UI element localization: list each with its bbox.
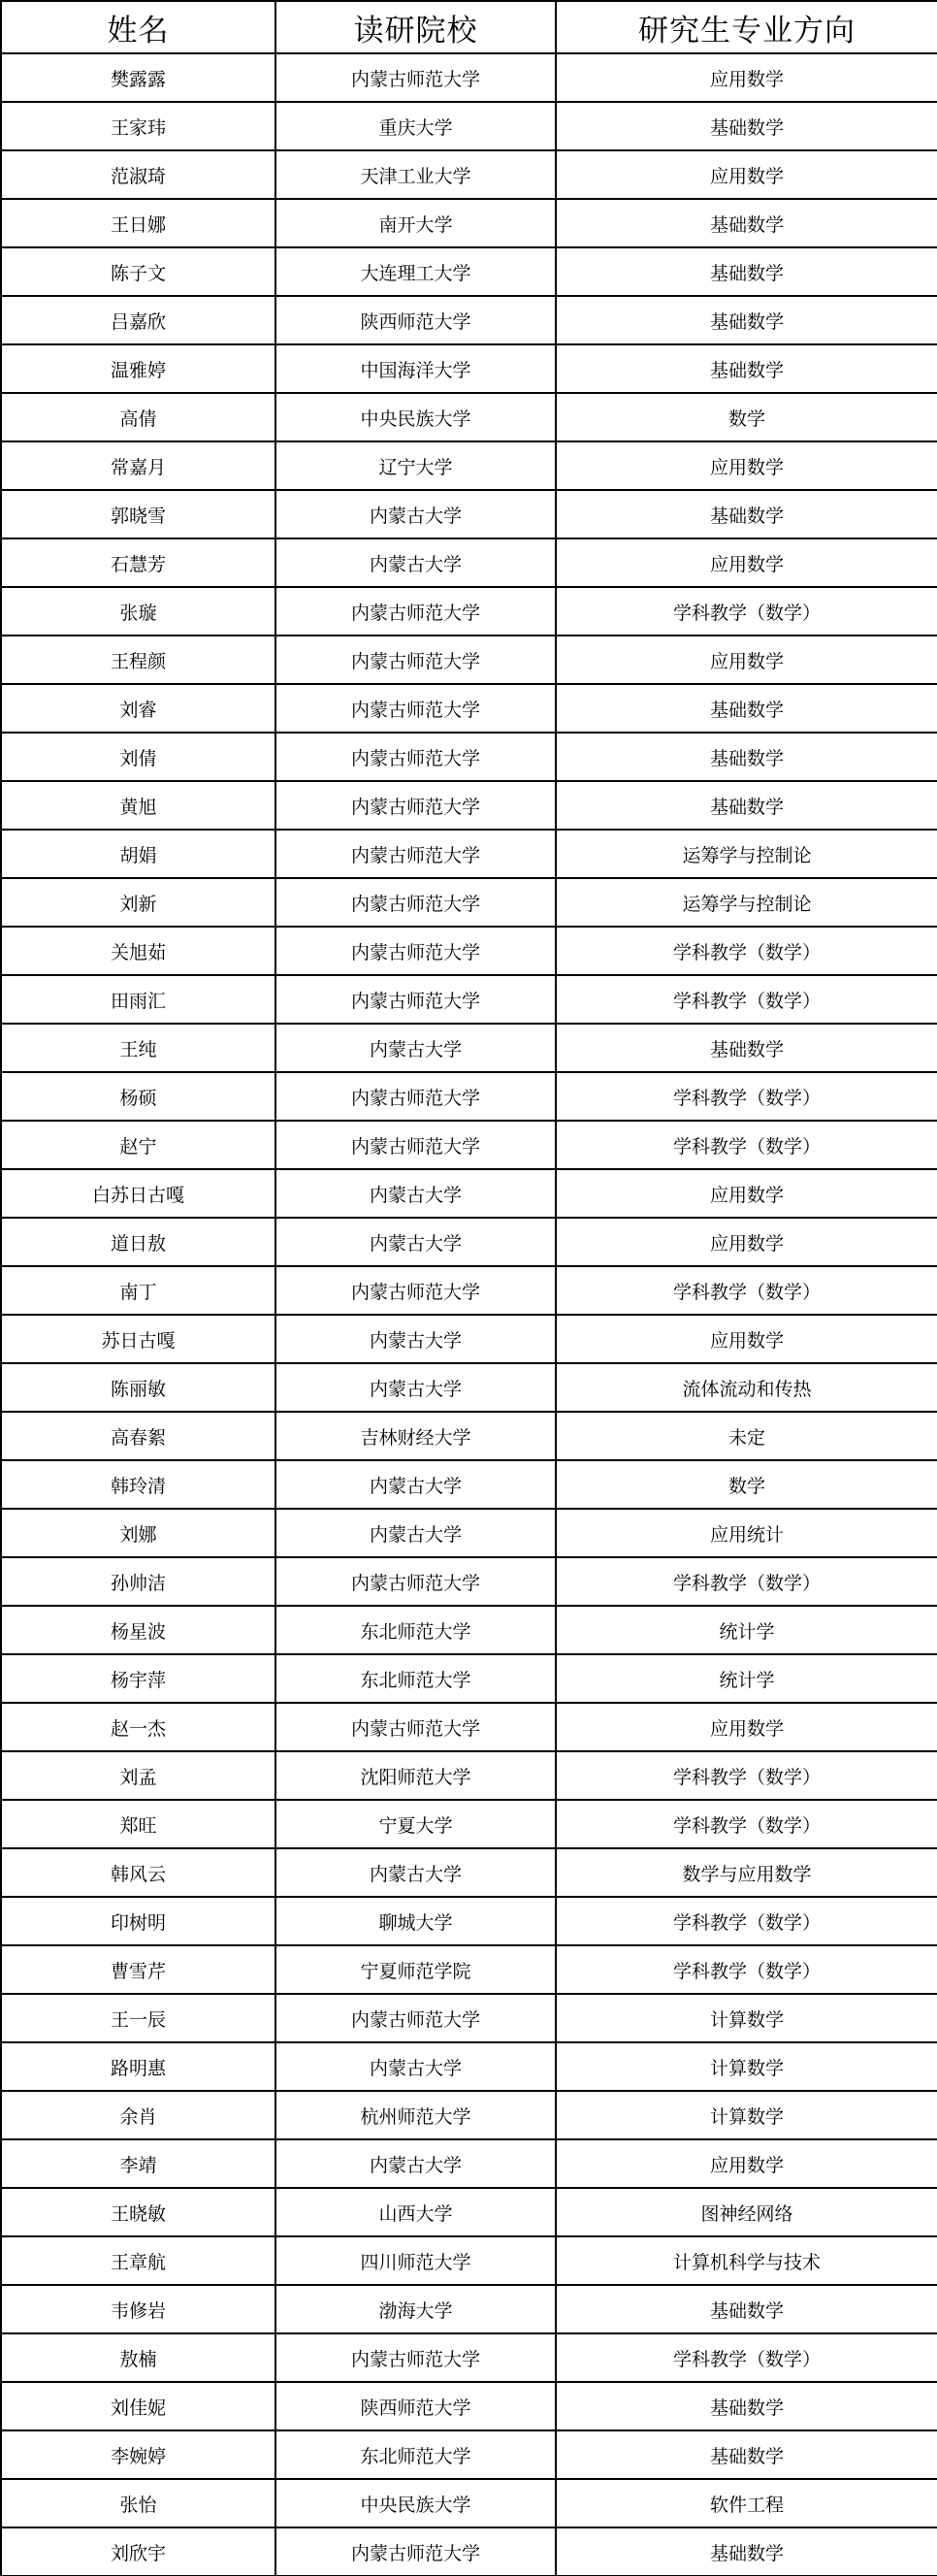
cell-name: 刘孟 (1, 1751, 275, 1800)
cell-school: 内蒙古师范大学 (275, 927, 556, 975)
table-row: 王家玮重庆大学基础数学 (1, 102, 937, 150)
table-row: 常嘉月辽宁大学应用数学 (1, 441, 937, 490)
cell-name: 常嘉月 (1, 441, 275, 490)
cell-name: 韩风云 (1, 1848, 275, 1897)
table-row: 李靖内蒙古大学应用数学 (1, 2139, 937, 2188)
cell-name: 赵宁 (1, 1121, 275, 1169)
table-row: 王晓敏山西大学图神经网络 (1, 2188, 937, 2236)
header-row: 姓名 读研院校 研究生专业方向 (1, 1, 937, 53)
cell-name: 王纯 (1, 1024, 275, 1072)
cell-name: 高倩 (1, 393, 275, 441)
cell-school: 内蒙古大学 (275, 490, 556, 538)
cell-name: 刘欣宇 (1, 2527, 275, 2576)
cell-school: 内蒙古师范大学 (275, 878, 556, 927)
cell-name: 王一辰 (1, 1994, 275, 2042)
table-row: 李婉婷东北师范大学基础数学 (1, 2430, 937, 2479)
cell-major: 学科教学（数学） (556, 1751, 937, 1800)
cell-name: 刘娜 (1, 1509, 275, 1557)
table-row: 韦修岩渤海大学基础数学 (1, 2285, 937, 2333)
cell-name: 张怡 (1, 2479, 275, 2527)
table-row: 高倩中央民族大学数学 (1, 393, 937, 441)
cell-school: 内蒙古师范大学 (275, 1557, 556, 1606)
table-row: 敖楠内蒙古师范大学学科教学（数学） (1, 2333, 937, 2382)
cell-major: 学科教学（数学） (556, 2333, 937, 2382)
cell-name: 郭晓雪 (1, 490, 275, 538)
table-row: 刘欣宇内蒙古师范大学基础数学 (1, 2527, 937, 2576)
cell-major: 应用数学 (556, 1703, 937, 1751)
table-row: 郭晓雪内蒙古大学基础数学 (1, 490, 937, 538)
cell-major: 数学 (556, 393, 937, 441)
cell-school: 内蒙古大学 (275, 1218, 556, 1266)
cell-major: 基础数学 (556, 1024, 937, 1072)
cell-school: 中央民族大学 (275, 2479, 556, 2527)
cell-name: 胡娟 (1, 830, 275, 878)
cell-major: 未定 (556, 1412, 937, 1460)
cell-school: 内蒙古师范大学 (275, 1703, 556, 1751)
cell-major: 学科教学（数学） (556, 1897, 937, 1945)
cell-school: 内蒙古师范大学 (275, 1072, 556, 1121)
table-row: 刘孟沈阳师范大学学科教学（数学） (1, 1751, 937, 1800)
cell-school: 杭州师范大学 (275, 2091, 556, 2139)
cell-name: 郑旺 (1, 1800, 275, 1848)
cell-school: 内蒙古师范大学 (275, 636, 556, 684)
cell-school: 内蒙古大学 (275, 1315, 556, 1363)
cell-school: 内蒙古师范大学 (275, 781, 556, 830)
cell-major: 基础数学 (556, 2430, 937, 2479)
cell-major: 统计学 (556, 1654, 937, 1703)
cell-school: 内蒙古师范大学 (275, 975, 556, 1024)
table-row: 杨宇萍东北师范大学统计学 (1, 1654, 937, 1703)
cell-name: 南丁 (1, 1266, 275, 1315)
table-row: 张璇内蒙古师范大学学科教学（数学） (1, 587, 937, 636)
cell-school: 内蒙古师范大学 (275, 1121, 556, 1169)
cell-name: 王程颜 (1, 636, 275, 684)
cell-school: 四川师范大学 (275, 2236, 556, 2285)
cell-name: 刘倩 (1, 733, 275, 781)
cell-school: 南开大学 (275, 199, 556, 247)
table-row: 温雅婷中国海洋大学基础数学 (1, 344, 937, 393)
cell-name: 王日娜 (1, 199, 275, 247)
table-row: 白苏日古嘎内蒙古大学应用数学 (1, 1169, 937, 1218)
table-row: 道日敖内蒙古大学应用数学 (1, 1218, 937, 1266)
cell-school: 大连理工大学 (275, 247, 556, 296)
table-row: 王日娜南开大学基础数学 (1, 199, 937, 247)
cell-name: 樊露露 (1, 53, 275, 102)
cell-major: 学科教学（数学） (556, 587, 937, 636)
table-row: 杨硕内蒙古师范大学学科教学（数学） (1, 1072, 937, 1121)
table-row: 赵宁内蒙古师范大学学科教学（数学） (1, 1121, 937, 1169)
cell-name: 印树明 (1, 1897, 275, 1945)
cell-major: 基础数学 (556, 2285, 937, 2333)
cell-name: 韦修岩 (1, 2285, 275, 2333)
table-row: 樊露露内蒙古师范大学应用数学 (1, 53, 937, 102)
table-row: 石慧芳内蒙古大学应用数学 (1, 538, 937, 587)
table-row: 关旭茹内蒙古师范大学学科教学（数学） (1, 927, 937, 975)
table-row: 王程颜内蒙古师范大学应用数学 (1, 636, 937, 684)
cell-school: 内蒙古大学 (275, 1169, 556, 1218)
cell-major: 基础数学 (556, 2382, 937, 2430)
cell-name: 张璇 (1, 587, 275, 636)
cell-major: 应用数学 (556, 538, 937, 587)
cell-school: 内蒙古大学 (275, 1509, 556, 1557)
cell-name: 吕嘉欣 (1, 296, 275, 344)
cell-school: 内蒙古师范大学 (275, 733, 556, 781)
cell-name: 曹雪芹 (1, 1945, 275, 1994)
column-header-name: 姓名 (1, 1, 275, 53)
cell-major: 基础数学 (556, 781, 937, 830)
cell-major: 应用数学 (556, 1169, 937, 1218)
cell-major: 数学与应用数学 (556, 1848, 937, 1897)
table-row: 印树明聊城大学学科教学（数学） (1, 1897, 937, 1945)
cell-name: 李婉婷 (1, 2430, 275, 2479)
cell-name: 杨星波 (1, 1606, 275, 1654)
cell-name: 黄旭 (1, 781, 275, 830)
table-row: 刘佳妮陕西师范大学基础数学 (1, 2382, 937, 2430)
cell-name: 王晓敏 (1, 2188, 275, 2236)
cell-major: 应用数学 (556, 150, 937, 199)
table-row: 高春絮吉林财经大学未定 (1, 1412, 937, 1460)
cell-school: 中国海洋大学 (275, 344, 556, 393)
cell-name: 王章航 (1, 2236, 275, 2285)
cell-major: 学科教学（数学） (556, 1557, 937, 1606)
table-row: 黄旭内蒙古师范大学基础数学 (1, 781, 937, 830)
table-row: 陈丽敏内蒙古大学流体流动和传热 (1, 1363, 937, 1412)
cell-name: 石慧芳 (1, 538, 275, 587)
cell-school: 吉林财经大学 (275, 1412, 556, 1460)
cell-name: 路明惠 (1, 2042, 275, 2091)
cell-name: 孙帅洁 (1, 1557, 275, 1606)
table-row: 田雨汇内蒙古师范大学学科教学（数学） (1, 975, 937, 1024)
table-row: 孙帅洁内蒙古师范大学学科教学（数学） (1, 1557, 937, 1606)
cell-major: 数学 (556, 1460, 937, 1509)
table-row: 胡娟内蒙古师范大学运筹学与控制论 (1, 830, 937, 878)
cell-major: 基础数学 (556, 247, 937, 296)
table-row: 刘倩内蒙古师范大学基础数学 (1, 733, 937, 781)
cell-major: 学科教学（数学） (556, 1800, 937, 1848)
cell-name: 杨宇萍 (1, 1654, 275, 1703)
cell-major: 统计学 (556, 1606, 937, 1654)
cell-school: 内蒙古师范大学 (275, 684, 556, 733)
cell-name: 关旭茹 (1, 927, 275, 975)
table-row: 赵一杰内蒙古师范大学应用数学 (1, 1703, 937, 1751)
table-header: 姓名 读研院校 研究生专业方向 (1, 1, 937, 53)
cell-school: 内蒙古大学 (275, 1460, 556, 1509)
cell-major: 学科教学（数学） (556, 927, 937, 975)
cell-major: 基础数学 (556, 344, 937, 393)
cell-school: 内蒙古大学 (275, 1848, 556, 1897)
cell-school: 内蒙古大学 (275, 1363, 556, 1412)
cell-major: 学科教学（数学） (556, 1072, 937, 1121)
table-row: 郑旺宁夏大学学科教学（数学） (1, 1800, 937, 1848)
table-row: 苏日古嘎内蒙古大学应用数学 (1, 1315, 937, 1363)
table-row: 王章航四川师范大学计算机科学与技术 (1, 2236, 937, 2285)
cell-school: 陕西师范大学 (275, 296, 556, 344)
cell-school: 宁夏师范学院 (275, 1945, 556, 1994)
cell-name: 白苏日古嘎 (1, 1169, 275, 1218)
table-row: 范淑琦天津工业大学应用数学 (1, 150, 937, 199)
cell-major: 基础数学 (556, 733, 937, 781)
cell-major: 计算数学 (556, 2091, 937, 2139)
cell-major: 流体流动和传热 (556, 1363, 937, 1412)
cell-school: 东北师范大学 (275, 1606, 556, 1654)
cell-school: 内蒙古大学 (275, 2139, 556, 2188)
cell-school: 内蒙古师范大学 (275, 2527, 556, 2576)
cell-name: 李靖 (1, 2139, 275, 2188)
cell-name: 田雨汇 (1, 975, 275, 1024)
cell-major: 学科教学（数学） (556, 975, 937, 1024)
table-row: 王一辰内蒙古师范大学计算数学 (1, 1994, 937, 2042)
cell-major: 应用统计 (556, 1509, 937, 1557)
cell-major: 应用数学 (556, 53, 937, 102)
cell-name: 陈子文 (1, 247, 275, 296)
cell-major: 运筹学与控制论 (556, 830, 937, 878)
cell-school: 内蒙古师范大学 (275, 53, 556, 102)
cell-school: 聊城大学 (275, 1897, 556, 1945)
cell-major: 基础数学 (556, 199, 937, 247)
cell-name: 韩玲清 (1, 1460, 275, 1509)
cell-school: 中央民族大学 (275, 393, 556, 441)
cell-major: 计算机科学与技术 (556, 2236, 937, 2285)
cell-school: 内蒙古大学 (275, 538, 556, 587)
cell-school: 内蒙古师范大学 (275, 587, 556, 636)
cell-school: 沈阳师范大学 (275, 1751, 556, 1800)
cell-major: 应用数学 (556, 1218, 937, 1266)
cell-name: 高春絮 (1, 1412, 275, 1460)
cell-school: 内蒙古师范大学 (275, 830, 556, 878)
cell-major: 学科教学（数学） (556, 1266, 937, 1315)
table-row: 南丁内蒙古师范大学学科教学（数学） (1, 1266, 937, 1315)
table-row: 余肖杭州师范大学计算数学 (1, 2091, 937, 2139)
cell-school: 重庆大学 (275, 102, 556, 150)
cell-major: 计算数学 (556, 1994, 937, 2042)
cell-name: 敖楠 (1, 2333, 275, 2382)
table-row: 吕嘉欣陕西师范大学基础数学 (1, 296, 937, 344)
graduate-admissions-table: 姓名 读研院校 研究生专业方向 樊露露内蒙古师范大学应用数学王家玮重庆大学基础数… (0, 0, 937, 2576)
cell-name: 范淑琦 (1, 150, 275, 199)
cell-school: 天津工业大学 (275, 150, 556, 199)
cell-name: 陈丽敏 (1, 1363, 275, 1412)
cell-major: 图神经网络 (556, 2188, 937, 2236)
cell-major: 应用数学 (556, 1315, 937, 1363)
cell-major: 基础数学 (556, 490, 937, 538)
cell-major: 应用数学 (556, 441, 937, 490)
cell-school: 东北师范大学 (275, 1654, 556, 1703)
table-row: 杨星波东北师范大学统计学 (1, 1606, 937, 1654)
cell-major: 学科教学（数学） (556, 1945, 937, 1994)
cell-major: 计算数学 (556, 2042, 937, 2091)
cell-school: 陕西师范大学 (275, 2382, 556, 2430)
cell-school: 渤海大学 (275, 2285, 556, 2333)
table-row: 刘娜内蒙古大学应用统计 (1, 1509, 937, 1557)
cell-major: 学科教学（数学） (556, 1121, 937, 1169)
cell-school: 山西大学 (275, 2188, 556, 2236)
cell-school: 内蒙古师范大学 (275, 1994, 556, 2042)
table-row: 刘新内蒙古师范大学运筹学与控制论 (1, 878, 937, 927)
cell-major: 应用数学 (556, 2139, 937, 2188)
cell-major: 基础数学 (556, 2527, 937, 2576)
cell-name: 刘睿 (1, 684, 275, 733)
cell-school: 内蒙古师范大学 (275, 1266, 556, 1315)
table-body: 樊露露内蒙古师范大学应用数学王家玮重庆大学基础数学范淑琦天津工业大学应用数学王日… (1, 53, 937, 2576)
cell-major: 基础数学 (556, 684, 937, 733)
column-header-school: 读研院校 (275, 1, 556, 53)
cell-name: 道日敖 (1, 1218, 275, 1266)
cell-major: 应用数学 (556, 636, 937, 684)
table-row: 王纯内蒙古大学基础数学 (1, 1024, 937, 1072)
cell-name: 赵一杰 (1, 1703, 275, 1751)
cell-school: 内蒙古大学 (275, 1024, 556, 1072)
cell-name: 余肖 (1, 2091, 275, 2139)
table-row: 陈子文大连理工大学基础数学 (1, 247, 937, 296)
cell-name: 杨硕 (1, 1072, 275, 1121)
cell-name: 王家玮 (1, 102, 275, 150)
table-row: 路明惠内蒙古大学计算数学 (1, 2042, 937, 2091)
cell-school: 东北师范大学 (275, 2430, 556, 2479)
cell-name: 刘新 (1, 878, 275, 927)
cell-name: 苏日古嘎 (1, 1315, 275, 1363)
cell-school: 内蒙古大学 (275, 2042, 556, 2091)
cell-school: 内蒙古师范大学 (275, 2333, 556, 2382)
table-row: 韩玲清内蒙古大学数学 (1, 1460, 937, 1509)
cell-major: 基础数学 (556, 296, 937, 344)
cell-major: 软件工程 (556, 2479, 937, 2527)
cell-school: 宁夏大学 (275, 1800, 556, 1848)
table-row: 张怡中央民族大学软件工程 (1, 2479, 937, 2527)
cell-name: 刘佳妮 (1, 2382, 275, 2430)
cell-school: 辽宁大学 (275, 441, 556, 490)
table-row: 韩风云内蒙古大学数学与应用数学 (1, 1848, 937, 1897)
column-header-major: 研究生专业方向 (556, 1, 937, 53)
table-row: 刘睿内蒙古师范大学基础数学 (1, 684, 937, 733)
cell-major: 基础数学 (556, 102, 937, 150)
table-row: 曹雪芹宁夏师范学院学科教学（数学） (1, 1945, 937, 1994)
cell-major: 运筹学与控制论 (556, 878, 937, 927)
cell-name: 温雅婷 (1, 344, 275, 393)
